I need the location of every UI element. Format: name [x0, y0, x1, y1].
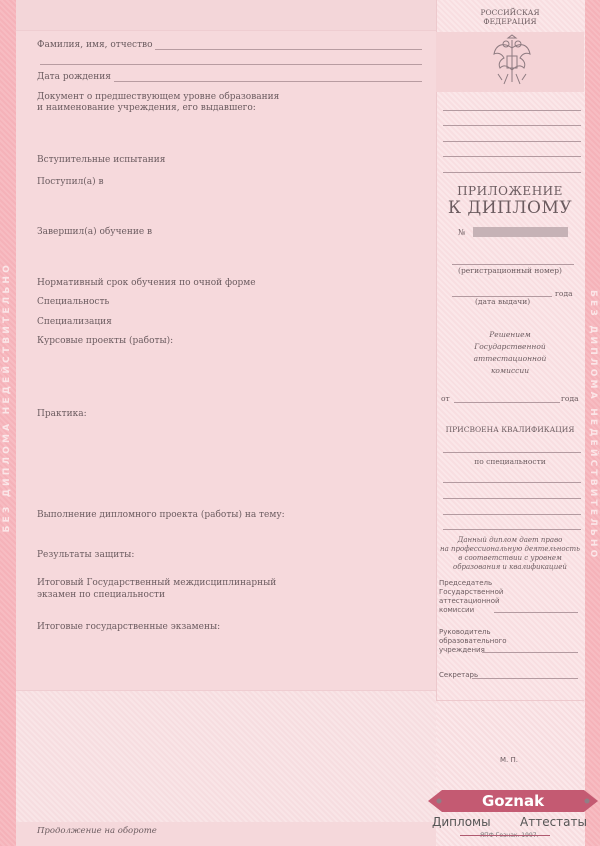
- decision-line-3: аттестационной: [436, 354, 584, 363]
- reg-number-line[interactable]: [452, 264, 574, 265]
- prev-doc-label-2: и наименование учреждения, его выдавшего…: [37, 103, 256, 113]
- goznak-diplomas-word: Дипломы: [432, 815, 491, 829]
- specialty-line-1[interactable]: [443, 482, 581, 483]
- completed-label: Завершил(а) обучение в: [37, 227, 152, 237]
- name-line-1[interactable]: [443, 110, 581, 111]
- birth-date-label: Дата рождения: [37, 72, 111, 82]
- enrolled-label: Поступил(а) в: [37, 177, 104, 187]
- prev-doc-label-1: Документ о предшествующем уровне образов…: [37, 92, 279, 102]
- practice-label: Практика:: [37, 409, 87, 419]
- top-band: [16, 0, 436, 31]
- rights-line-3: в соответствии с уровнем: [436, 554, 584, 562]
- side-warning-right: БЕЗ ДИПЛОМА НЕДЕЙСТВИТЕЛЬНО: [588, 290, 598, 561]
- specialty-label: Специальность: [37, 297, 109, 307]
- full-name-line[interactable]: [155, 49, 422, 50]
- diploma-number-redacted[interactable]: [473, 227, 568, 237]
- rights-line-4: образования и квалификацией: [436, 563, 584, 571]
- head-signature-line[interactable]: [482, 652, 578, 653]
- decision-line-1: Решением: [436, 330, 584, 339]
- decision-date-line[interactable]: [454, 402, 560, 403]
- qualification-heading: ПРИСВОЕНА КВАЛИФИКАЦИЯ: [436, 425, 584, 434]
- final-exam-label-1: Итоговый Государственный междисциплинарн…: [37, 578, 276, 588]
- qualification-line[interactable]: [443, 452, 581, 453]
- goznak-certificates-word: Аттестаты: [520, 815, 587, 829]
- title-line-1: ПРИЛОЖЕНИЕ: [436, 184, 584, 198]
- entrance-exams-label: Вступительные испытания: [37, 155, 165, 165]
- course-projects-label: Курсовые проекты (работы):: [37, 336, 173, 346]
- decision-line-2: Государственной: [436, 342, 584, 351]
- issue-date-caption: (дата выдачи): [475, 297, 530, 306]
- full-name-line-2[interactable]: [40, 64, 422, 65]
- specialty-line-3[interactable]: [443, 514, 581, 515]
- final-exam-label-2: экзамен по специальности: [37, 590, 165, 600]
- diploma-project-label: Выполнение дипломного проекта (работы) н…: [37, 510, 285, 520]
- issue-year-word: года: [555, 289, 573, 298]
- side-warning-left: БЕЗ ДИПЛОМА НЕДЕЙСТВИТЕЛЬНО: [2, 262, 12, 533]
- country-line-1: РОССИЙСКАЯ: [436, 8, 584, 17]
- specialty-line-4[interactable]: [443, 529, 581, 530]
- decision-line-4: комиссии: [436, 366, 584, 375]
- seal-label: М. П.: [500, 756, 518, 764]
- number-label: №: [458, 228, 466, 237]
- final-state-exams-label: Итоговые государственные экзамены:: [37, 622, 220, 632]
- normative-term-label: Нормативный срок обучения по очной форме: [37, 278, 256, 288]
- title-line-2: К ДИПЛОМУ: [436, 198, 584, 218]
- from-word: от: [441, 394, 450, 403]
- goznak-underline: [460, 835, 550, 836]
- chairman-label-4: комиссии: [439, 605, 474, 615]
- chairman-signature-line[interactable]: [494, 612, 578, 613]
- continued-on-reverse-note: Продолжение на обороте: [37, 826, 157, 836]
- country-line-2: ФЕДЕРАЦИЯ: [436, 17, 584, 26]
- secretary-signature-line[interactable]: [472, 678, 578, 679]
- birth-date-line[interactable]: [114, 81, 422, 82]
- name-line-2[interactable]: [443, 125, 581, 126]
- double-headed-eagle-crest-icon: [490, 34, 534, 90]
- full-name-label: Фамилия, имя, отчество: [37, 40, 153, 50]
- reg-number-caption: (регистрационный номер): [436, 266, 584, 275]
- specialty-line-2[interactable]: [443, 498, 581, 499]
- goznak-brand: Goznak: [428, 790, 598, 812]
- specialization-label: Специализация: [37, 317, 112, 327]
- name-line-4[interactable]: [443, 156, 581, 157]
- decision-year-word: года: [561, 394, 579, 403]
- rights-line-1: Данный диплом дает право: [436, 536, 584, 544]
- by-specialty-label: по специальности: [436, 457, 584, 466]
- name-line-5[interactable]: [443, 172, 581, 173]
- defense-results-label: Результаты защиты:: [37, 550, 134, 560]
- head-label-3: учреждения: [439, 645, 485, 655]
- name-line-3[interactable]: [443, 141, 581, 142]
- rights-line-2: на профессиональную деятельность: [436, 545, 584, 553]
